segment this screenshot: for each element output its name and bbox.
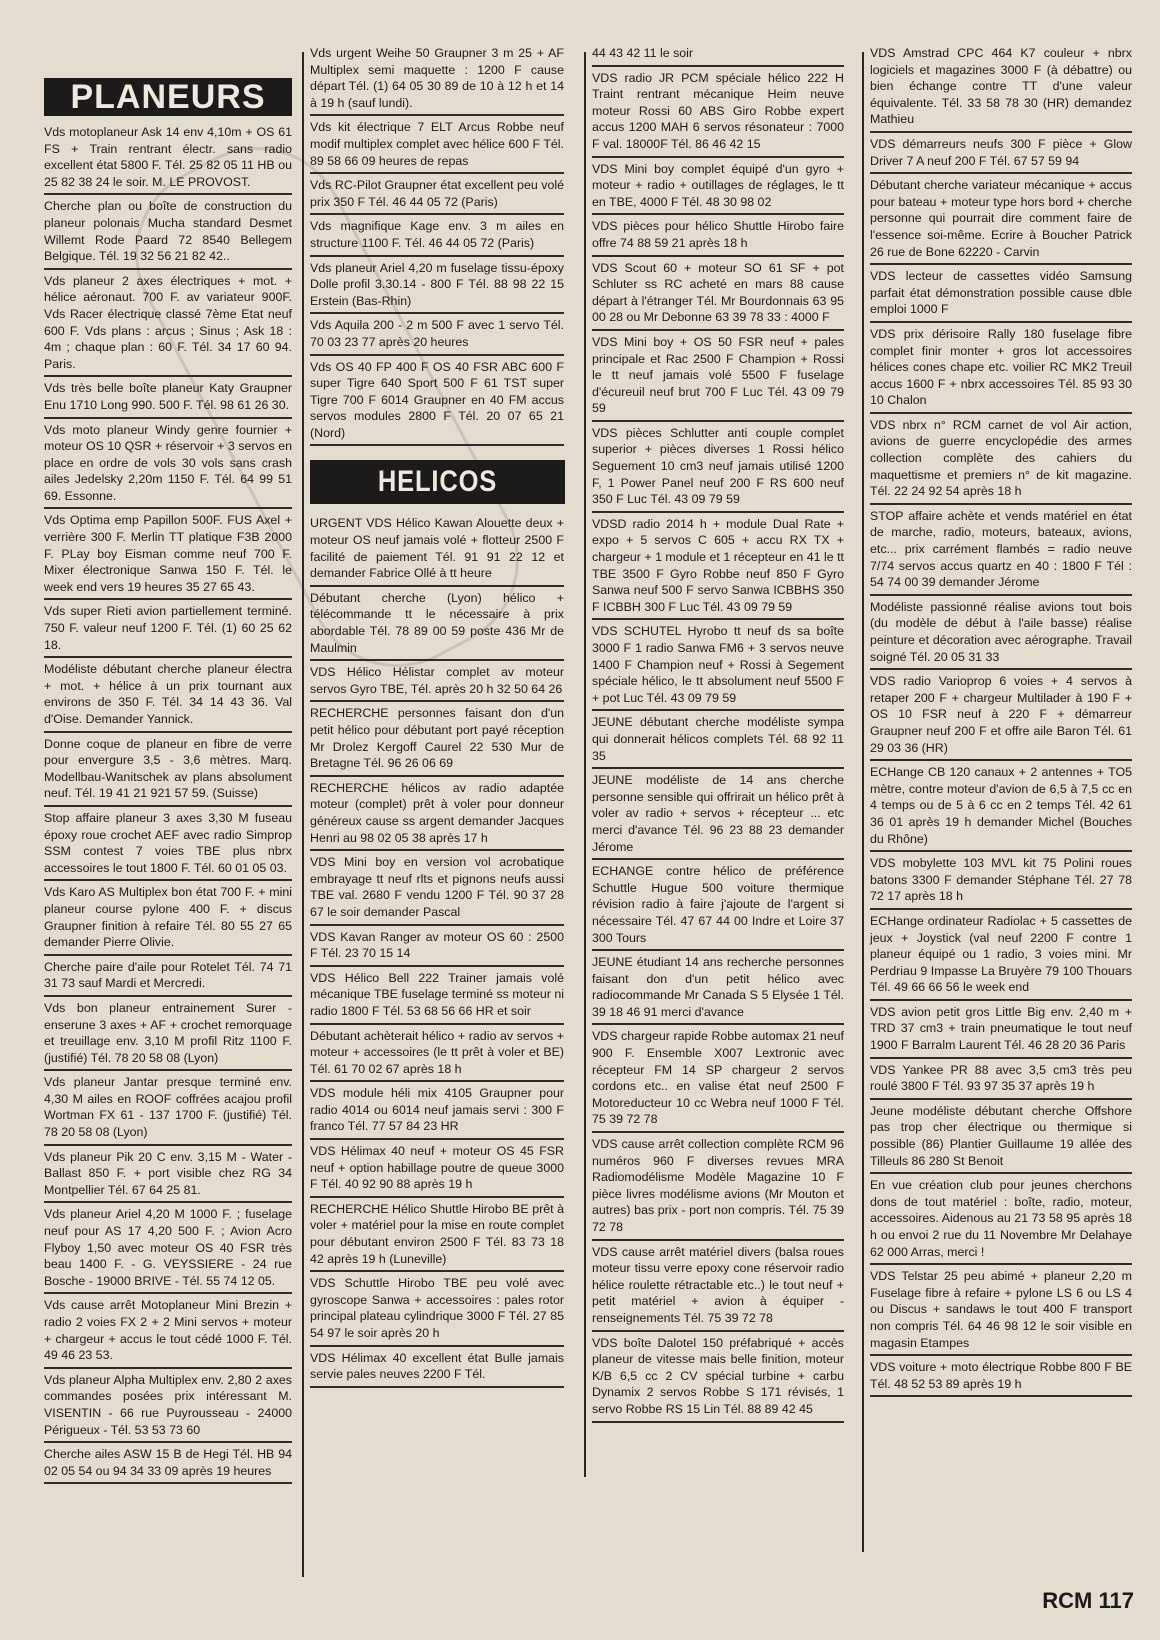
classified-ad: 44 43 42 11 le soir [592, 44, 844, 67]
classified-ad: VDS Telstar 25 peu abimé + planeur 2,20 … [870, 1267, 1132, 1356]
classified-ad: VDS cause arrêt collection complète RCM … [592, 1135, 844, 1241]
classified-ad: Vds planeur Ariel 4,20 m fuselage tissu-… [310, 259, 564, 315]
classified-ad: Donne coque de planeur en fibre de verre… [44, 735, 292, 807]
classified-ad: Vds planeur Pik 20 C env. 3,15 M - Water… [44, 1148, 292, 1204]
classified-ad: VDS module héli mix 4105 Graupner pour r… [310, 1084, 564, 1140]
classified-ad: Vds moto planeur Windy genre fournier + … [44, 421, 292, 510]
classified-ad: STOP affaire achète et vends matériel en… [870, 507, 1132, 596]
classified-ad: VDS Hélico Bell 222 Trainer jamais volé … [310, 969, 564, 1025]
classified-ad: Débutant achèterait hélico + radio av se… [310, 1027, 564, 1083]
column-1: Vds motoplaneur Ask 14 env 4,10m + OS 61… [44, 80, 292, 1486]
magazine-logo: RCM [1042, 1588, 1092, 1613]
classified-ad: Jeune modéliste débutant cherche Offshor… [870, 1102, 1132, 1174]
classified-ad: Débutant cherche variateur mécanique + a… [870, 176, 1132, 265]
classified-ad: VDS pièces pour hélico Shuttle Hirobo fa… [592, 217, 844, 256]
classified-ad: VDS Yankee PR 88 avec 3,5 cm3 très peu r… [870, 1061, 1132, 1100]
classified-ad: VDS lecteur de cassettes vidéo Samsung p… [870, 267, 1132, 323]
classified-ad: VDS radio JR PCM spéciale hélico 222 H T… [592, 69, 844, 158]
classified-ad: ECHange ordinateur Radiolac + 5 cassette… [870, 912, 1132, 1001]
classified-ad: Stop affaire planeur 3 axes 3,30 M fusea… [44, 809, 292, 881]
classified-ad: VDS Amstrad CPC 464 K7 couleur + nbrx lo… [870, 44, 1132, 133]
classified-ad: Vds bon planeur entrainement Surer - ens… [44, 999, 292, 1071]
classified-ad: VDS mobylette 103 MVL kit 75 Polini roue… [870, 854, 1132, 910]
classified-ad: Vds RC-Pilot Graupner état excellent peu… [310, 176, 564, 215]
classified-ad: VDS radio Varioprop 6 voies + 4 servos à… [870, 672, 1132, 761]
classified-ad: ECHANGE contre hélico de préférence Schu… [592, 862, 844, 951]
classified-ad: Vds kit électrique 7 ELT Arcus Robbe neu… [310, 118, 564, 174]
classified-ad: VDS Mini boy en version vol acrobatique … [310, 853, 564, 925]
classified-ad: Cherche ailes ASW 15 B de Hegi Tél. HB 9… [44, 1445, 292, 1484]
classified-ad: VDS Scout 60 + moteur SO 61 SF + pot Sch… [592, 259, 844, 331]
ad-list-planeurs: Vds motoplaneur Ask 14 env 4,10m + OS 61… [44, 123, 292, 1484]
classified-ad: VDS nbrx n° RCM carnet de vol Air action… [870, 416, 1132, 505]
classified-ad: JEUNE étudiant 14 ans recherche personne… [592, 953, 844, 1025]
classified-ad: VDS pièces Schlutter anti couple complet… [592, 424, 844, 513]
classified-ad: En vue création club pour jeunes chercho… [870, 1176, 1132, 1265]
ad-list-divers: VDS Amstrad CPC 464 K7 couleur + nbrx lo… [870, 44, 1132, 1397]
classified-ad: VDS cause arrêt matériel divers (balsa r… [592, 1243, 844, 1332]
column-divider [584, 52, 586, 1477]
classified-ad: VDS Hélimax 40 neuf + moteur OS 45 FSR n… [310, 1142, 564, 1198]
ad-list-helicos: URGENT VDS Hélico Kawan Alouette deux + … [310, 514, 564, 1387]
classified-ad: Cherche plan ou boîte de construction du… [44, 197, 292, 269]
ad-list-planeurs-continued: Vds urgent Weihe 50 Graupner 3 m 25 + AF… [310, 44, 564, 446]
classified-ad: VDS Mini boy complet équipé d'un gyro + … [592, 160, 844, 216]
classified-ad: Modéliste passionné réalise avions tout … [870, 598, 1132, 670]
classified-ad: VDS prix dérisoire Rally 180 fuselage fi… [870, 325, 1132, 414]
column-2: Vds urgent Weihe 50 Graupner 3 m 25 + AF… [310, 44, 564, 1390]
classified-ad: Vds cause arrêt Motoplaneur Mini Brezin … [44, 1296, 292, 1368]
page-number: 117 [1099, 1588, 1135, 1613]
classified-ad: Vds magnifique Kage env. 3 m ailes en st… [310, 217, 564, 256]
classified-ad: Vds super Rieti avion partiellement term… [44, 602, 292, 658]
classified-ad: Vds planeur 2 axes électriques + mot. + … [44, 272, 292, 378]
classified-ad: RECHERCHE Hélico Shuttle Hirobo BE prêt … [310, 1200, 564, 1272]
ad-list-helicos-continued: 44 43 42 11 le soirVDS radio JR PCM spéc… [592, 44, 844, 1423]
classified-ad: VDS voiture + moto électrique Robbe 800 … [870, 1358, 1132, 1397]
classified-ad: Cherche paire d'aile pour Rotelet Tél. 7… [44, 958, 292, 997]
classified-ad: RECHERCHE personnes faisant don d'un pet… [310, 704, 564, 776]
column-divider [862, 52, 864, 1552]
classified-ad: JEUNE modéliste de 14 ans cherche person… [592, 771, 844, 860]
classified-ad: VDS boîte Dalotel 150 préfabriqué + accè… [592, 1334, 844, 1423]
classified-ad: JEUNE débutant cherche modéliste sympa q… [592, 713, 844, 769]
classified-ad: Vds urgent Weihe 50 Graupner 3 m 25 + AF… [310, 44, 564, 116]
column-4: VDS Amstrad CPC 464 K7 couleur + nbrx lo… [870, 44, 1132, 1399]
classified-ad: VDS avion petit gros Little Big env. 2,4… [870, 1003, 1132, 1059]
classified-ad: VDSD radio 2014 h + module Dual Rate + e… [592, 515, 844, 621]
classified-ad: VDS SCHUTEL Hyrobo tt neuf ds sa boîte 3… [592, 622, 844, 711]
classified-ad: VDS chargeur rapide Robbe automax 21 neu… [592, 1027, 844, 1133]
classified-ad: Vds Aquila 200 - 2 m 500 F avec 1 servo … [310, 316, 564, 355]
classified-ad: Vds Optima emp Papillon 500F. FUS Axel +… [44, 511, 292, 600]
classified-ad: Débutant cherche (Lyon) hélico + télécom… [310, 589, 564, 661]
classified-ad: Vds planeur Ariel 4,20 M 1000 F. ; fusel… [44, 1205, 292, 1294]
classified-ad: VDS Mini boy + OS 50 FSR neuf + pales pr… [592, 333, 844, 422]
classified-ad: VDS Schuttle Hirobo TBE peu volé avec gy… [310, 1274, 564, 1346]
classified-ad: Vds Karo AS Multiplex bon état 700 F. + … [44, 883, 292, 955]
classified-ad: Vds motoplaneur Ask 14 env 4,10m + OS 61… [44, 123, 292, 195]
classified-ad: Vds planeur Jantar presque terminé env. … [44, 1073, 292, 1145]
classifieds-page: PLANEURS Vds motoplaneur Ask 14 env 4,10… [44, 44, 1134, 1604]
classified-ad: Modéliste débutant cherche planeur élect… [44, 660, 292, 732]
classified-ad: VDS démarreurs neufs 300 F pièce + Glow … [870, 135, 1132, 174]
classified-ad: Vds très belle boîte planeur Katy Graupn… [44, 379, 292, 418]
classified-ad: URGENT VDS Hélico Kawan Alouette deux + … [310, 514, 564, 586]
column-divider [302, 52, 304, 1577]
classified-ad: RECHERCHE hélicos av radio adaptée moteu… [310, 779, 564, 851]
classified-ad: VDS Hélico Hélistar complet av moteur se… [310, 663, 564, 702]
classified-ad: Vds planeur Alpha Multiplex env. 2,80 2 … [44, 1371, 292, 1443]
classified-ad: ECHange CB 120 canaux + 2 antennes + TO5… [870, 763, 1132, 852]
classified-ad: VDS Hélimax 40 excellent état Bulle jama… [310, 1349, 564, 1388]
classified-ad: VDS Kavan Ranger av moteur OS 60 : 2500 … [310, 928, 564, 967]
page-footer: RCM 117 [1042, 1588, 1134, 1614]
section-heading-helicos: HELICOS [310, 460, 565, 504]
classified-ad: Vds OS 40 FP 400 F OS 40 FSR ABC 600 F s… [310, 358, 564, 447]
column-3: 44 43 42 11 le soirVDS radio JR PCM spéc… [592, 44, 844, 1425]
